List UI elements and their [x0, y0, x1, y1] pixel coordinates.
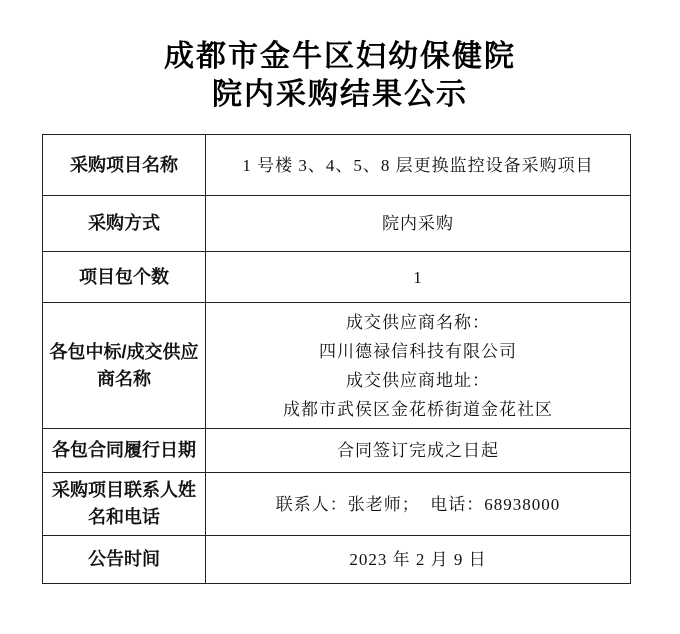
table-row-announcement-date: 公告时间 2023 年 2 月 9 日: [43, 536, 631, 584]
page-title: 成都市金牛区妇幼保健院 院内采购结果公示: [0, 38, 680, 114]
table-row-supplier-info: 各包中标/成交供应 商名称 成交供应商名称： 四川德禄信科技有限公司 成交供应商…: [43, 303, 631, 429]
row-label-contact-info: 采购项目联系人姓 名和电话: [43, 473, 206, 536]
procurement-result-table: 采购项目名称 1 号楼 3、4、5、8 层更换监控设备采购项目 采购方式 院内采…: [42, 134, 631, 584]
row-label-contract-date: 各包合同履行日期: [43, 429, 206, 473]
row-label-package-count: 项目包个数: [43, 252, 206, 303]
row-label-project-name: 采购项目名称: [43, 135, 206, 196]
row-label-procurement-method: 采购方式: [43, 196, 206, 252]
table-row-procurement-method: 采购方式 院内采购: [43, 196, 631, 252]
row-label-announcement-date: 公告时间: [43, 536, 206, 584]
table-row-contact-info: 采购项目联系人姓 名和电话 联系人：张老师； 电话：68938000: [43, 473, 631, 536]
page-title-line-2: 院内采购结果公示: [0, 76, 680, 114]
row-value-contact-info: 联系人：张老师； 电话：68938000: [206, 473, 631, 536]
table-row-contract-date: 各包合同履行日期 合同签订完成之日起: [43, 429, 631, 473]
row-value-announcement-date: 2023 年 2 月 9 日: [206, 536, 631, 584]
announcement-page: 成都市金牛区妇幼保健院 院内采购结果公示 采购项目名称 1 号楼 3、4、5、8…: [0, 0, 680, 634]
table-row-project-name: 采购项目名称 1 号楼 3、4、5、8 层更换监控设备采购项目: [43, 135, 631, 196]
table-row-package-count: 项目包个数 1: [43, 252, 631, 303]
row-value-package-count: 1: [206, 252, 631, 303]
row-value-contract-date: 合同签订完成之日起: [206, 429, 631, 473]
row-label-supplier-info: 各包中标/成交供应 商名称: [43, 303, 206, 429]
row-value-project-name: 1 号楼 3、4、5、8 层更换监控设备采购项目: [206, 135, 631, 196]
page-title-line-1: 成都市金牛区妇幼保健院: [0, 38, 680, 76]
row-value-procurement-method: 院内采购: [206, 196, 631, 252]
row-value-supplier-info: 成交供应商名称： 四川德禄信科技有限公司 成交供应商地址： 成都市武侯区金花桥街…: [206, 303, 631, 429]
